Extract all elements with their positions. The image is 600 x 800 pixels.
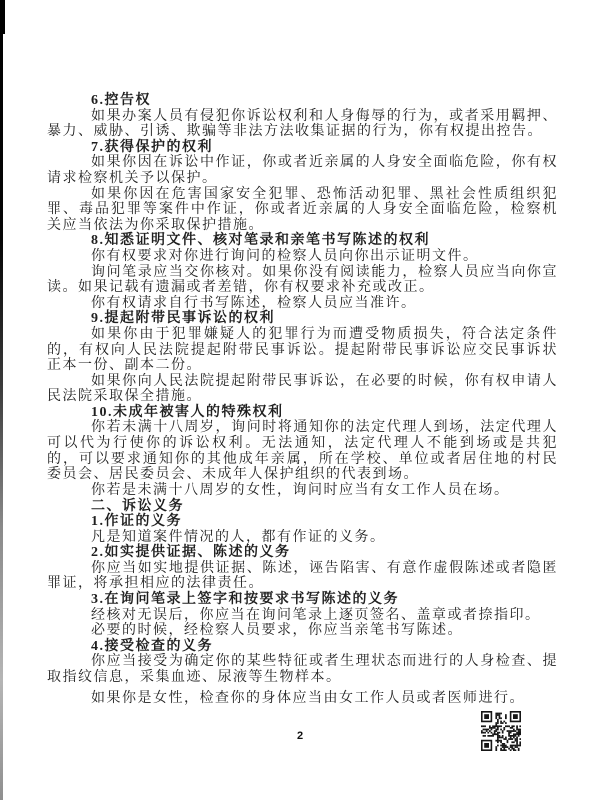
paragraph: 你有权请求自行书写陈述，检察人员应当准许。 — [47, 296, 558, 312]
section-heading: 1.作证的义务 — [47, 514, 558, 530]
paragraph: 你应当接受为确定你的某些特征或者生理状态而进行的人身检查、提取指纹信息，采集血迹… — [47, 654, 558, 685]
section-heading: 7.获得保护的权利 — [47, 140, 558, 156]
paragraph: 如果你向人民法院提起附带民事诉讼，在必要的时候，你有权申请人民法院采取保全措施。 — [47, 374, 558, 405]
document-body: 6.控告权 如果办案人员有侵犯你诉讼权利和人身侮辱的行为，或者采用羁押、暴力、威… — [47, 93, 558, 706]
paragraph: 如果你由于犯罪嫌疑人的犯罪行为而遭受物质损失，符合法定条件的，有权向人民法院提起… — [47, 327, 558, 374]
paragraph: 你若未满十八周岁，询问时将通知你的法定代理人到场，法定代理人可以代为行使你的诉讼… — [47, 420, 558, 482]
scan-edge-artifact — [0, 0, 3, 800]
section-heading: 4.接受检查的义务 — [47, 639, 558, 655]
part-heading: 二、诉讼义务 — [47, 498, 558, 514]
paragraph: 你应当如实地提供证据、陈述，诬告陷害、有意作虚假陈述或者隐匿罪证，将承担相应的法… — [47, 561, 558, 592]
section-heading: 10.未成年被害人的特殊权利 — [47, 405, 558, 421]
qr-code-icon — [481, 711, 521, 751]
paragraph: 如果你因在诉讼中作证，你或者近亲属的人身安全面临危险，你有权请求检察机关予以保护… — [47, 155, 558, 186]
paragraph: 必要的时候，经检察人员要求，你应当亲笔书写陈述。 — [47, 623, 558, 639]
section-heading: 8.知悉证明文件、核对笔录和亲笔书写陈述的权利 — [47, 233, 558, 249]
paragraph: 凡是知道案件情况的人，都有作证的义务。 — [47, 530, 558, 546]
paragraph: 你有权要求对你进行询问的检察人员向你出示证明文件。 — [47, 249, 558, 265]
section-heading: 3.在询问笔录上签字和按要求书写陈述的义务 — [47, 592, 558, 608]
paragraph: 询问笔录应当交你核对。如果你没有阅读能力，检察人员应当向你宣读。如果记载有遗漏或… — [47, 265, 558, 296]
scanned-document-page: 6.控告权 如果办案人员有侵犯你诉讼权利和人身侮辱的行为，或者采用羁押、暴力、威… — [0, 0, 600, 800]
paragraph: 如果你因在危害国家安全犯罪、恐怖活动犯罪、黑社会性质组织犯罪、毒品犯罪等案件中作… — [47, 187, 558, 234]
section-heading: 6.控告权 — [47, 93, 558, 109]
section-heading: 2.如实提供证据、陈述的义务 — [47, 545, 558, 561]
paragraph: 如果办案人员有侵犯你诉讼权利和人身侮辱的行为，或者采用羁押、暴力、威胁、引诱、欺… — [47, 109, 558, 140]
scan-edge-artifact-top — [0, 0, 5, 34]
paragraph: 如果你是女性，检查你的身体应当由女工作人员或者医师进行。 — [47, 691, 558, 707]
paragraph: 你若是未满十八周岁的女性，询问时应当有女工作人员在场。 — [47, 483, 558, 499]
paragraph: 经核对无误后，你应当在询问笔录上逐页签名、盖章或者捺指印。 — [47, 608, 558, 624]
section-heading: 9.提起附带民事诉讼的权利 — [47, 311, 558, 327]
